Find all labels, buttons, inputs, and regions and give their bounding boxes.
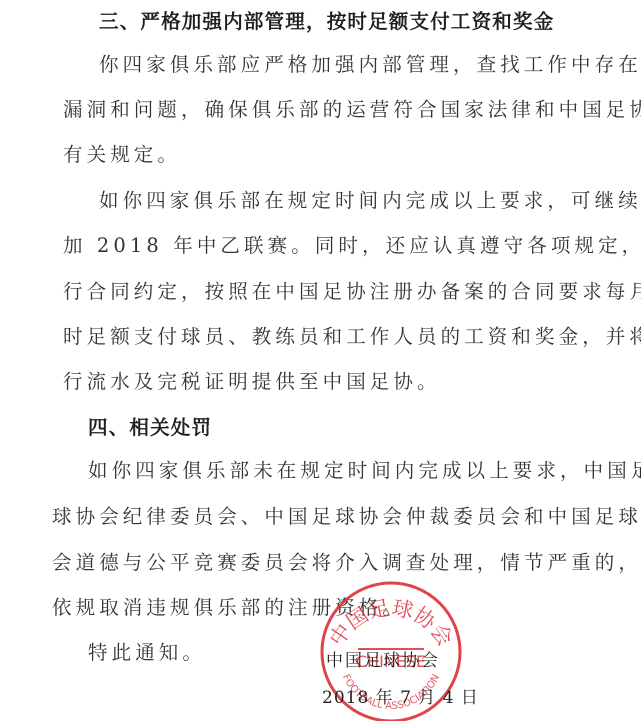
paragraph-line: 时足额支付球员、教练员和工作人员的工资和奖金，并将银 <box>63 321 641 349</box>
paragraph-line: 行合同约定，按照在中国足协注册办备案的合同要求每月按 <box>63 276 641 304</box>
paragraph-line: 有关规定。 <box>63 139 181 167</box>
paragraph-line: 如你四家俱乐部在规定时间内完成以上要求，可继续参 <box>99 185 641 213</box>
paragraph-line: 如你四家俱乐部未在规定时间内完成以上要求，中国足 <box>88 455 641 483</box>
section-4-heading: 四、相关处罚 <box>88 412 212 440</box>
paragraph-line: 球协会纪律委员会、中国足球协会仲裁委员会和中国足球协 <box>52 501 641 529</box>
paragraph-line: 行流水及完税证明提供至中国足协。 <box>63 366 441 394</box>
paragraph-line: 你四家俱乐部应严格加强内部管理，查找工作中存在的 <box>99 49 641 77</box>
svg-text:中国足球协会: 中国足球协会 <box>325 596 458 651</box>
paragraph-line: 会道德与公平竞赛委员会将介入调查处理，情节严重的，将 <box>52 547 641 575</box>
signature-date: 2018 年 7 月 4 日 <box>322 683 479 708</box>
closing-text: 特此通知。 <box>88 637 206 665</box>
paragraph-line: 加 2018 年中乙联赛。同时，还应认真遵守各项规定，严格履 <box>63 230 641 258</box>
section-3-heading: 三、严格加强内部管理，按时足额支付工资和奖金 <box>99 6 554 34</box>
paragraph-line: 漏洞和问题，确保俱乐部的运营符合国家法律和中国足协的 <box>63 94 641 122</box>
signature-organization: 中国足球协会 <box>326 646 440 671</box>
